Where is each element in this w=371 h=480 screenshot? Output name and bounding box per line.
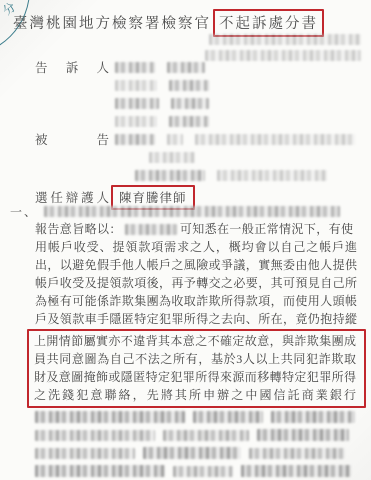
redacted-text: [167, 134, 183, 145]
redacted-text: [169, 116, 209, 127]
body-section: 一、 報告意旨略以： 可知悉在一般正常情況下，有使 用帳戶收受、提領款項需求之人…: [0, 202, 371, 408]
complainant-row: 告訴人: [35, 58, 355, 76]
complainant-row: [35, 112, 355, 130]
redacted-text: [115, 98, 159, 109]
redacted-text: [143, 447, 241, 459]
redacted-text: [271, 411, 355, 423]
redacted-text: [149, 152, 195, 163]
highlighted-paragraph-box: 上開情節屬實亦不違背其本意之不確定故意，與詐欺集團成 員共同意圖為自己不法之所有…: [27, 329, 366, 408]
complainant-label: 告訴人: [35, 58, 109, 76]
body-line: 用帳戶收受、提領款項需求之人，概均會以自己之帳戶進: [35, 238, 357, 256]
body-line: 戶及領款車手隱匿特定犯罪所得之去向、所在，竟仍抱持縱: [35, 310, 357, 328]
defendant-row: [35, 166, 355, 184]
redacted-text: [169, 80, 209, 91]
redacted-text: [217, 170, 327, 181]
complainant-row: [35, 76, 355, 94]
complainant-row: [35, 94, 355, 112]
item-one-line: 一、: [10, 202, 371, 220]
redacted-text: [135, 170, 205, 181]
redacted-text: [241, 465, 351, 477]
title-prefix: 臺灣桃園地方檢察署檢察官: [13, 16, 211, 32]
boxed-line: 財及意圖掩飾或隱匿特定犯罪所得來源而移轉特定犯罪所得: [34, 368, 356, 386]
defendant-label: 被告: [35, 130, 109, 148]
redacted-text: [173, 466, 233, 477]
redacted-text: [35, 465, 165, 477]
redacted-text: [35, 430, 155, 441]
redacted-text: [44, 206, 340, 217]
party-section: 告訴人 被告 選任辯護人 陳育騰律師: [35, 58, 355, 209]
redacted-text: [195, 134, 355, 145]
redacted-text: [115, 134, 155, 145]
redacted-text: [115, 80, 157, 91]
defendant-row: 被告: [35, 130, 355, 148]
redacted-text: [115, 116, 157, 127]
redacted-text: [125, 224, 177, 235]
redacted-tail-section: [35, 408, 355, 480]
report-prefix: 報告意旨略以：: [35, 220, 122, 238]
item-marker: 一、: [10, 203, 38, 220]
redacted-text: [171, 98, 209, 109]
boxed-line: 之洗錢犯意聯絡，先將其所申辦之中國信託商業銀行: [34, 386, 356, 404]
redacted-text: [249, 448, 345, 459]
body-line: 為極有可能係詐欺集團為收取詐欺所得款項，而使用人頭帳: [35, 292, 357, 310]
redacted-text: [35, 411, 185, 423]
boxed-line: 上開情節屬實亦不違背其本意之不確定故意，與詐欺集團成: [34, 332, 356, 350]
scanned-legal-document: 分 臺灣桃園地方檢察署檢察官不起訴處分書 告訴人 被告: [0, 0, 371, 480]
redacted-text: [193, 411, 263, 423]
boxed-line: 員共同意圖為自己不法之所有，基於3人以上共同犯詐欺取: [34, 350, 356, 368]
redacted-text: [167, 62, 205, 73]
redacted-text: [257, 429, 349, 441]
body-line: 報告意旨略以： 可知悉在一般正常情況下，有使: [35, 220, 357, 238]
redacted-text: [115, 62, 155, 73]
redacted-text: [35, 448, 135, 459]
defendant-row: [35, 148, 355, 166]
redacted-text: [163, 430, 249, 441]
body-line: 出，以避免假手他人帳戶之風險或爭議，實無委由他人提供: [35, 256, 357, 274]
redacted-text: [209, 34, 361, 45]
report-suffix: 可知悉在一般正常情況下，有使: [180, 220, 354, 238]
body-line: 帳戶收受及提領款項後，再予轉交之必要，其可預見自己所: [35, 274, 357, 292]
